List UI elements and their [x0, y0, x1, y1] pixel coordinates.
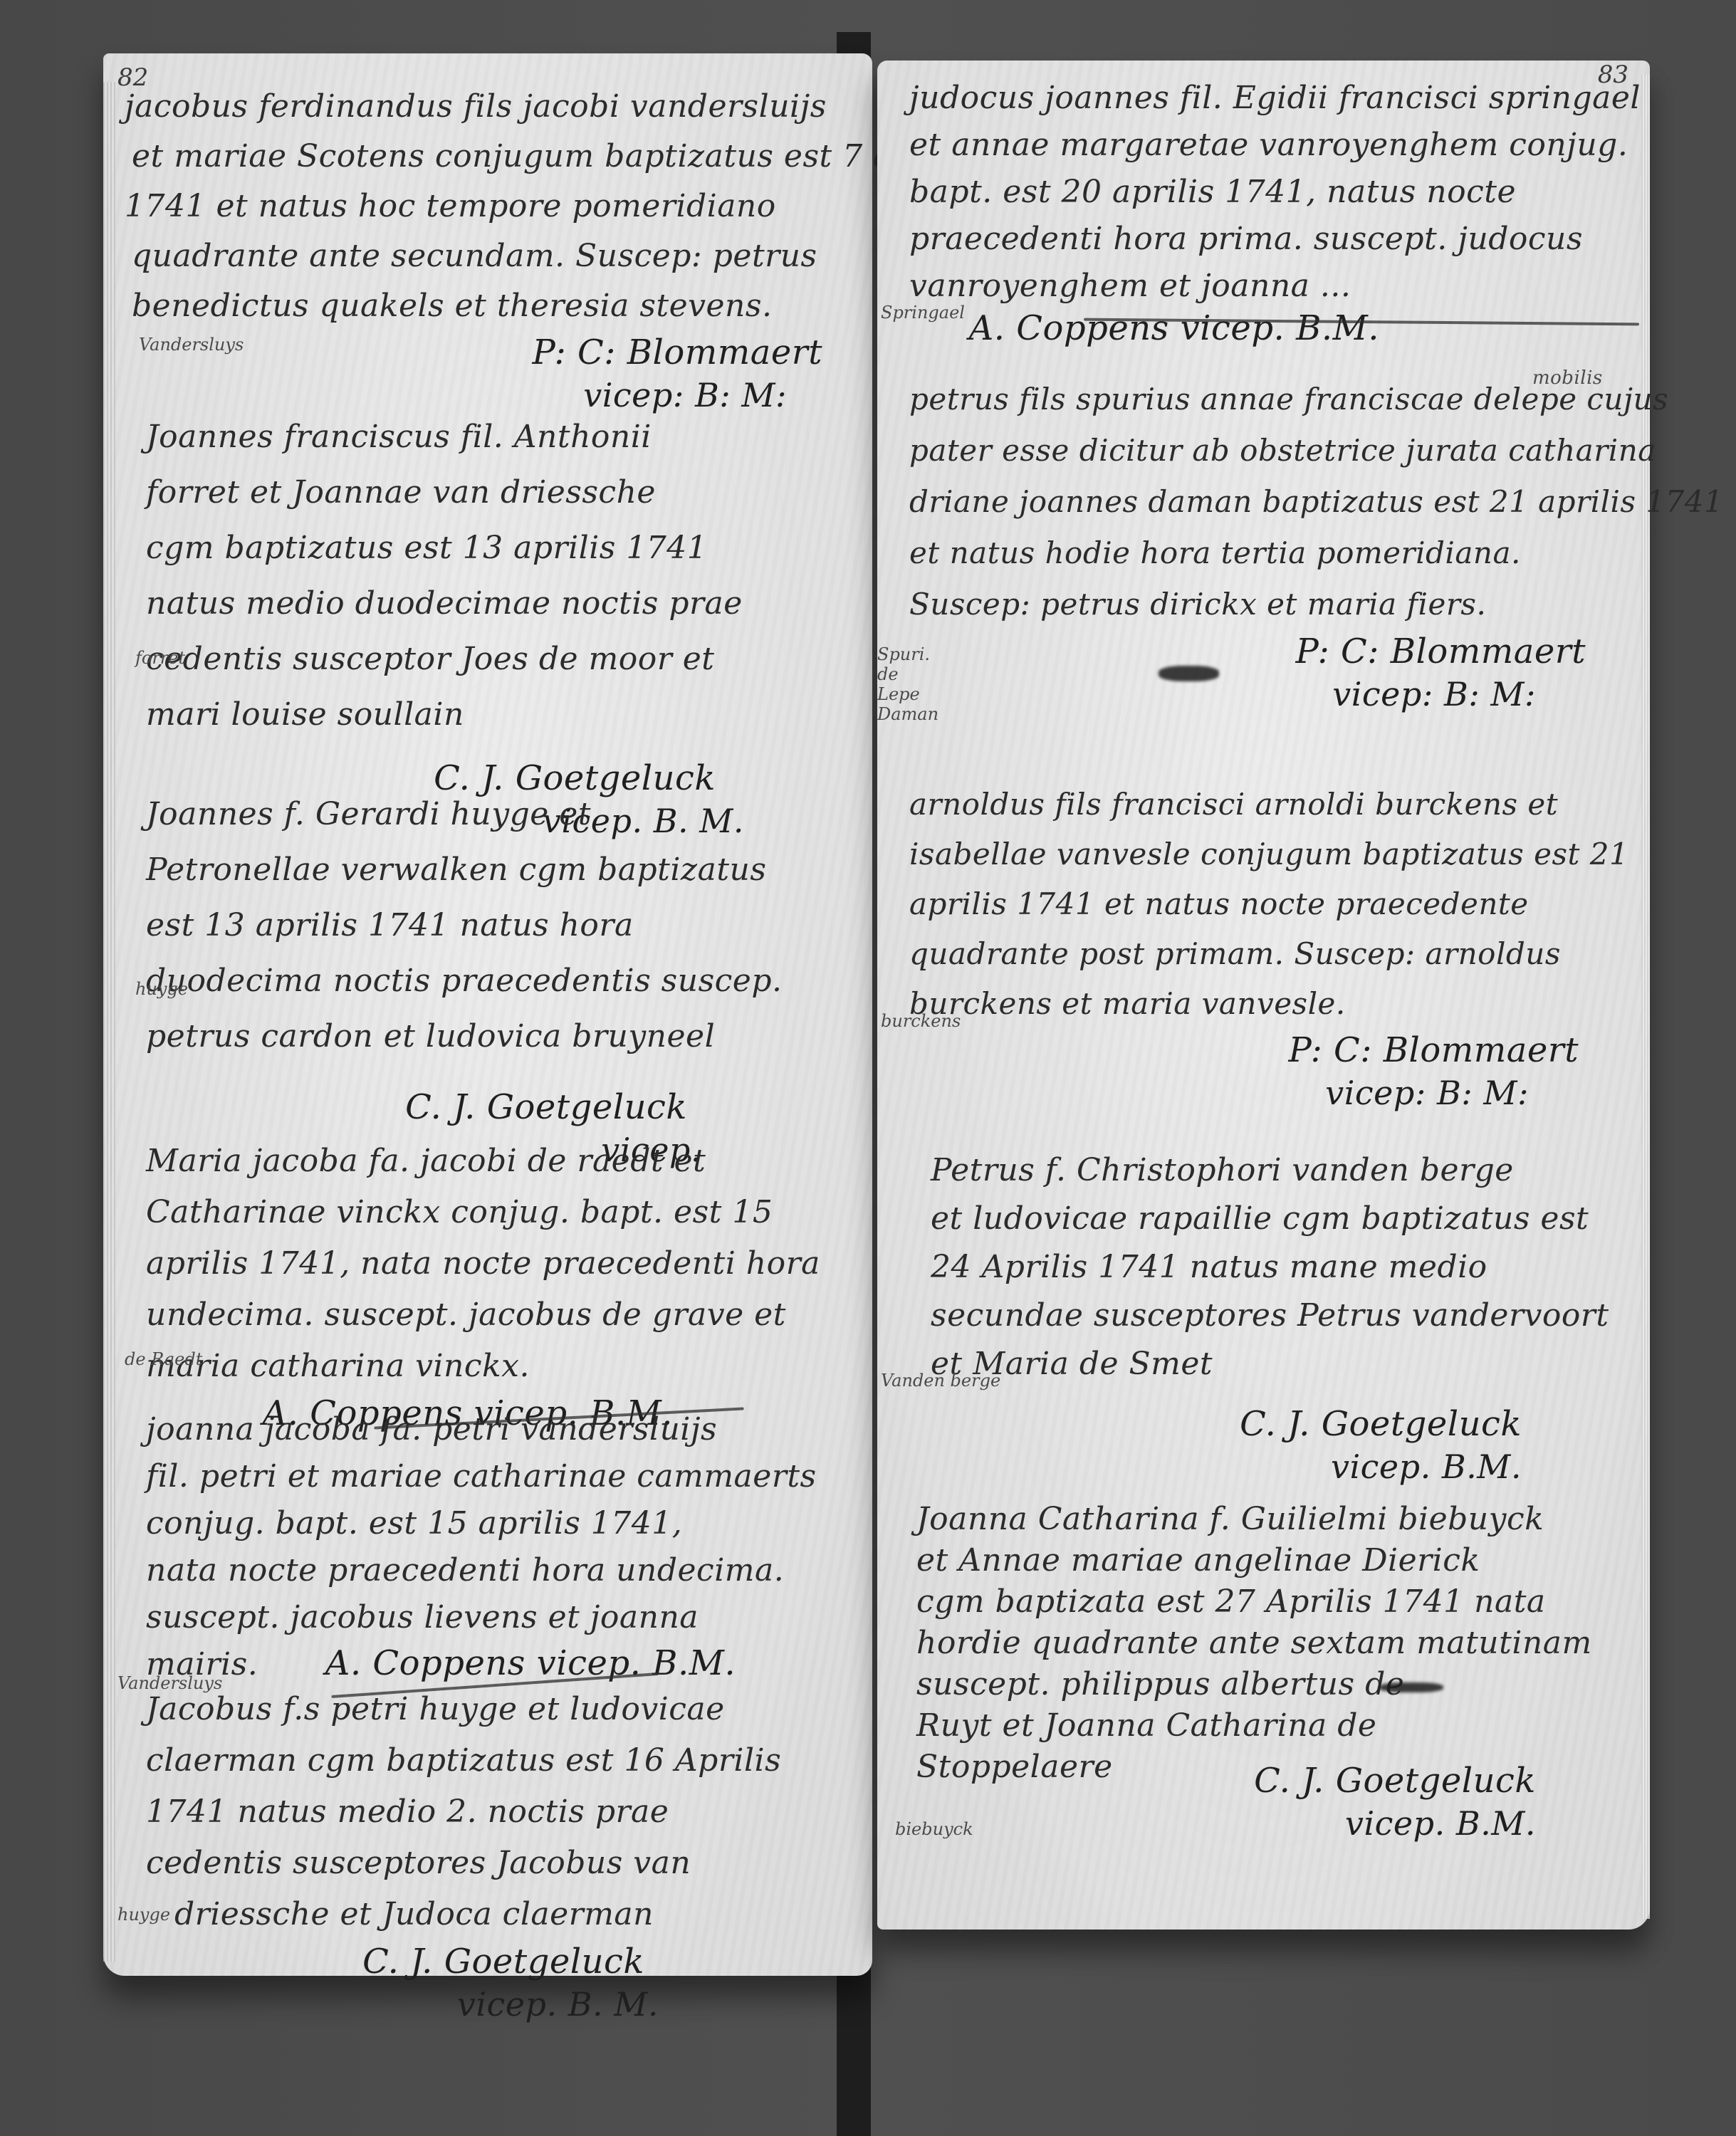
entry-line: Suscep: petrus dirickx et maria fiers. [909, 579, 1643, 630]
entry-line: suscept. philippus albertus de [916, 1664, 1643, 1705]
entry-line: burckens et maria vanvesle. [909, 979, 1643, 1029]
baptism-entry: joanna jacoba fa. petri vandersluijs fil… [146, 1406, 858, 1688]
entry-line: forret et Joannae van driessche [146, 465, 858, 520]
entry-line: Ruyt et Joanna Catharina de [916, 1705, 1643, 1747]
entry-line: et Maria de Smet [931, 1340, 1643, 1388]
entry-line: Maria jacoba fa. jacobi de raedt et [146, 1136, 858, 1187]
entry-line: driessche et Judoca claerman [146, 1889, 858, 1940]
entry-line: judocus joannes fil. Egidii francisci sp… [909, 75, 1636, 122]
entry-line: aprilis 1741 et natus nocte praecedente [909, 879, 1643, 929]
margin-surname-note: Vanden berge [881, 1371, 1000, 1391]
baptism-entry: Joannes franciscus fil. Anthonii forret … [146, 409, 858, 842]
priest-signature: A. Coppens vicep. B.M. [268, 1642, 736, 1685]
entry-line: et annae margaretae vanroyenghem conjug. [909, 122, 1636, 169]
priest-signature: C. J. Goetgeluck [146, 1064, 858, 1129]
entry-line: Joanna Catharina f. Guilielmi biebuyck [916, 1499, 1643, 1540]
entry-line: 1741 et natus hoc tempore pomeridiano [125, 182, 865, 231]
entry-line: driane joannes daman baptizatus est 21 a… [909, 476, 1643, 528]
baptism-entry: Maria jacoba fa. jacobi de raedt et Cath… [146, 1136, 858, 1435]
entry-line: mari louise soullain [146, 687, 858, 743]
entry-line: fil. petri et mariae catharinae cammaert… [146, 1453, 858, 1500]
baptism-entry: Jacobus f.s petri huyge et ludovicae cla… [146, 1684, 858, 2026]
margin-surname-note: burckens [881, 1011, 961, 1031]
entry-line: Joannes f. Gerardi huyge et [146, 787, 858, 842]
entry-line: bapt. est 20 aprilis 1741, natus nocte [909, 169, 1636, 216]
entry-line: isabellae vanvesle conjugum baptizatus e… [909, 829, 1643, 879]
priest-signature: P: C: Blommaert [909, 630, 1643, 673]
entry-line: benedictus quakels et theresia stevens. [125, 281, 865, 331]
entry-line: maria catharina vinckx. [146, 1341, 858, 1392]
entry-line: natus medio duodecimae noctis prae [146, 576, 858, 632]
priest-signature: C. J. Goetgeluck [146, 1940, 858, 1983]
signature-title: vicep: B: M: [909, 673, 1643, 716]
entry-line: cgm baptizata est 27 Aprilis 1741 nata [916, 1581, 1643, 1623]
left-page: 82 jacobus ferdinandus fils jacobi vande… [103, 53, 872, 1976]
entry-line: Petrus f. Christophori vanden berge [931, 1146, 1643, 1195]
entry-line: conjug. bapt. est 15 aprilis 1741, [146, 1500, 858, 1547]
baptism-entry: Joanna Catharina f. Guilielmi biebuyck e… [916, 1499, 1643, 1845]
margin-surname-note: forret [135, 648, 185, 668]
entry-line: cedentis susceptor Joes de moor et [146, 632, 858, 687]
entry-line: hordie quadrante ante sextam matutinam [916, 1623, 1643, 1664]
baptism-entry: Joannes f. Gerardi huyge et Petronellae … [146, 787, 858, 1171]
entry-line: et natus hodie hora tertia pomeridiana. [909, 528, 1643, 579]
entry-line: et Annae mariae angelinae Dierick [916, 1540, 1643, 1581]
priest-signature: C. J. Goetgeluck [931, 1388, 1643, 1445]
entry-line: praecedenti hora prima. suscept. judocus [909, 216, 1636, 263]
entry-line: Jacobus f.s petri huyge et ludovicae [146, 1684, 858, 1735]
margin-surname-note: huyge [135, 979, 188, 999]
entry-line: et mariae Scotens conjugum baptizatus es… [125, 132, 865, 182]
baptism-entry: Petrus f. Christophori vanden berge et l… [931, 1146, 1643, 1488]
baptism-entry: mobilis petrus fils spurius annae franci… [909, 374, 1643, 716]
margin-surname-note: huyge [117, 1905, 170, 1925]
priest-signature: P: C: Blommaert [909, 1029, 1643, 1072]
entry-line: vanroyenghem et joanna ... [909, 263, 1636, 310]
ink-smudge [1159, 666, 1219, 681]
margin-surname-note: biebuyck [895, 1819, 973, 1839]
entry-line: Catharinae vinckx conjug. bapt. est 15 [146, 1187, 858, 1238]
entry-line: pater esse dicitur ab obstetrice jurata … [909, 425, 1643, 476]
baptism-entry: arnoldus fils francisci arnoldi burckens… [909, 780, 1643, 1114]
entry-line: et ludovicae rapaillie cgm baptizatus es… [931, 1195, 1643, 1243]
entry-line: suscept. jacobus lievens et joanna [146, 1594, 858, 1641]
entry-line: est 13 aprilis 1741 natus hora [146, 898, 858, 953]
margin-surname-note: Springael [881, 303, 965, 323]
baptism-entry: judocus joannes fil. Egidii francisci sp… [909, 75, 1636, 347]
entry-line: 24 Aprilis 1741 natus mane medio [931, 1243, 1643, 1292]
interlinear-insertion: mobilis [1532, 352, 1603, 404]
page-edge-lines [103, 82, 116, 1962]
entry-line: cgm baptizatus est 13 aprilis 1741 [146, 520, 858, 576]
entry-line: joanna jacoba fa. petri vandersluijs [146, 1406, 858, 1453]
entry-line: secundae susceptores Petrus vandervoort [931, 1292, 1643, 1340]
entry-line: cedentis susceptores Jacobus van [146, 1838, 858, 1889]
entry-line: 1741 natus medio 2. noctis prae [146, 1786, 858, 1838]
entry-line: arnoldus fils francisci arnoldi burckens… [909, 780, 1643, 829]
signature-title: vicep. B.M. [916, 1802, 1643, 1845]
entry-line: aprilis 1741, nata nocte praecedenti hor… [146, 1238, 858, 1289]
signature-title: vicep: B: M: [909, 1072, 1643, 1114]
right-page: 83 judocus joannes fil. Egidii francisci… [877, 61, 1650, 1930]
entry-line: petrus cardon et ludovica bruyneel [146, 1009, 858, 1064]
entry-line: Petronellae verwalken cgm baptizatus [146, 842, 858, 898]
margin-surname-note: de Raedt [125, 1349, 202, 1369]
entry-line: undecima. suscept. jacobus de grave et [146, 1289, 858, 1341]
entry-line: Joannes franciscus fil. Anthonii [146, 409, 858, 465]
entry-line: jacobus ferdinandus fils jacobi vandersl… [125, 53, 865, 132]
baptism-entry: jacobus ferdinandus fils jacobi vandersl… [125, 53, 865, 417]
signature-title: vicep. B.M. [931, 1445, 1643, 1488]
entry-line: claerman cgm baptizatus est 16 Aprilis [146, 1735, 858, 1786]
entry-line: nata nocte praecedenti hora undecima. [146, 1547, 858, 1594]
entry-line: quadrante post primam. Suscep: arnoldus [909, 929, 1643, 979]
margin-surname-note: Vandersluys [139, 335, 244, 355]
entry-line: duodecima noctis praecedentis suscep. [146, 953, 858, 1009]
priest-signature: A. Coppens vicep. B.M. [909, 310, 1636, 347]
ink-strikeout [1379, 1682, 1443, 1692]
signature-title: vicep. B. M. [146, 1983, 858, 2026]
entry-line: quadrante ante secundam. Suscep: petrus [125, 231, 865, 281]
margin-surname-note: Spuri. de Lepe Daman [877, 644, 941, 724]
